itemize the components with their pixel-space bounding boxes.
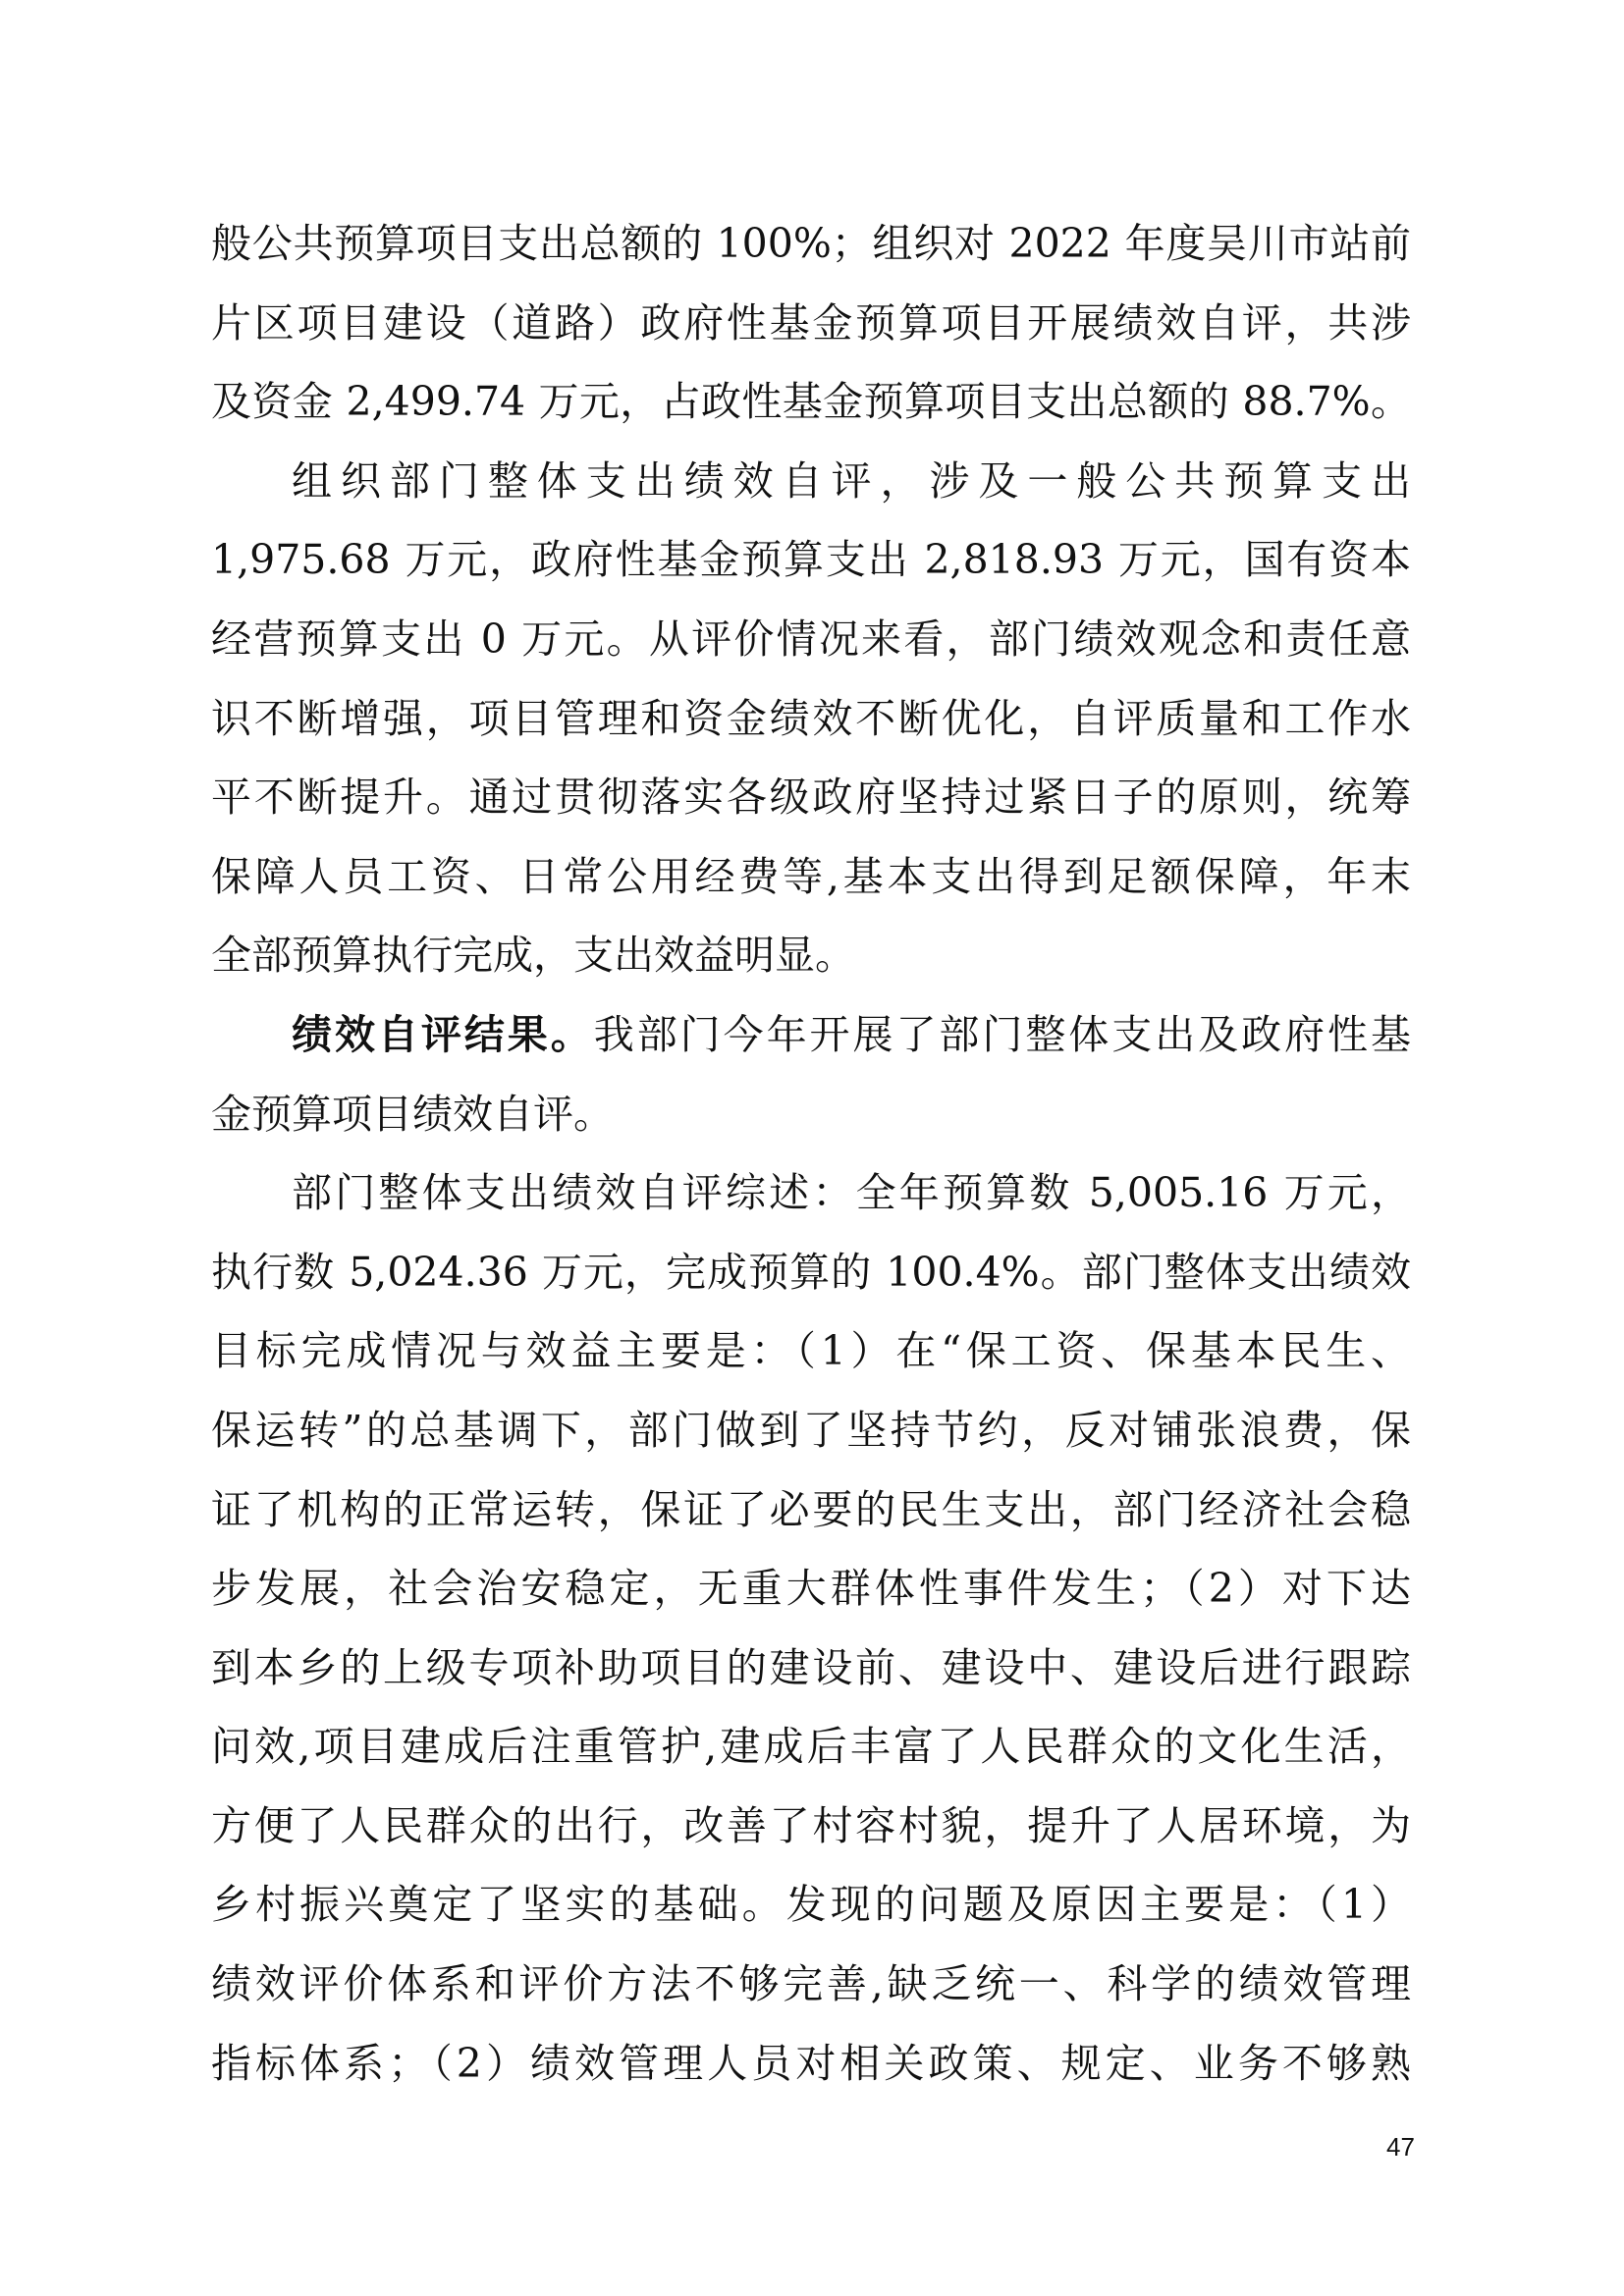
body-text: 般公共预算项目支出总额的 100%；组织对 2022 年度吴川市站前 片区项目建… bbox=[211, 204, 1411, 2103]
page-number: 47 bbox=[1386, 2132, 1415, 2163]
paragraph-end-line: 全部预算执行完成，支出效益明显。 bbox=[211, 916, 1411, 995]
text-line: 目标完成情况与效益主要是：（1）在“保工资、保基本民生、 bbox=[211, 1311, 1411, 1391]
paragraph-start-line: 绩效自评结果。我部门今年开展了部门整体支出及政府性基 bbox=[211, 995, 1411, 1075]
text-line: 证了机构的正常运转，保证了必要的民生支出，部门经济社会稳 bbox=[211, 1470, 1411, 1550]
text-line: 平不断提升。通过贯彻落实各级政府坚持过紧日子的原则，统筹 bbox=[211, 758, 1411, 837]
text-line: 步发展，社会治安稳定，无重大群体性事件发生；（2）对下达 bbox=[211, 1549, 1411, 1629]
text-line: 方便了人民群众的出行，改善了村容村貌，提升了人居环境，为 bbox=[211, 1787, 1411, 1866]
text-line: 到本乡的上级专项补助项目的建设前、建设中、建设后进行跟踪 bbox=[211, 1629, 1411, 1708]
text-line: 经营预算支出 0 万元。从评价情况来看，部门绩效观念和责任意 bbox=[211, 600, 1411, 679]
text-line: 乡村振兴奠定了坚实的基础。发现的问题及原因主要是：（1） bbox=[211, 1865, 1411, 1945]
text-line: 识不断增强，项目管理和资金绩效不断优化，自评质量和工作水 bbox=[211, 679, 1411, 759]
text-line: 保障人员工资、日常公用经费等,基本支出得到足额保障，年末 bbox=[211, 837, 1411, 917]
paragraph-start-line: 部门整体支出绩效自评综述：全年预算数 5,005.16 万元， bbox=[211, 1153, 1411, 1233]
paragraph-end-line: 金预算项目绩效自评。 bbox=[211, 1075, 1411, 1154]
text-line: 般公共预算项目支出总额的 100%；组织对 2022 年度吴川市站前 bbox=[211, 204, 1411, 284]
paragraph-start-line: 组织部门整体支出绩效自评，涉及一般公共预算支出 bbox=[211, 442, 1411, 521]
text-line: 1,975.68 万元，政府性基金预算支出 2,818.93 万元，国有资本 bbox=[211, 520, 1411, 600]
text-line: 指标体系；（2）绩效管理人员对相关政策、规定、业务不够熟 bbox=[211, 2024, 1411, 2104]
text-line: 及资金 2,499.74 万元，占政性基金预算项目支出总额的 88.7%。 bbox=[211, 362, 1411, 442]
text-line: 片区项目建设（道路）政府性基金预算项目开展绩效自评，共涉 bbox=[211, 284, 1411, 363]
text-line: 绩效评价体系和评价方法不够完善,缺乏统一、科学的绩效管理 bbox=[211, 1945, 1411, 2024]
text-line: 保运转”的总基调下，部门做到了坚持节约，反对铺张浪费，保 bbox=[211, 1391, 1411, 1470]
text-line: 问效,项目建成后注重管护,建成后丰富了人民群众的文化生活， bbox=[211, 1707, 1411, 1787]
text-line: 执行数 5,024.36 万元，完成预算的 100.4%。部门整体支出绩效 bbox=[211, 1233, 1411, 1312]
bold-heading: 绩效自评结果。 bbox=[292, 1011, 594, 1058]
document-page: 般公共预算项目支出总额的 100%；组织对 2022 年度吴川市站前 片区项目建… bbox=[0, 0, 1624, 2296]
text-span: 我部门今年开展了部门整体支出及政府性基 bbox=[594, 1011, 1411, 1058]
